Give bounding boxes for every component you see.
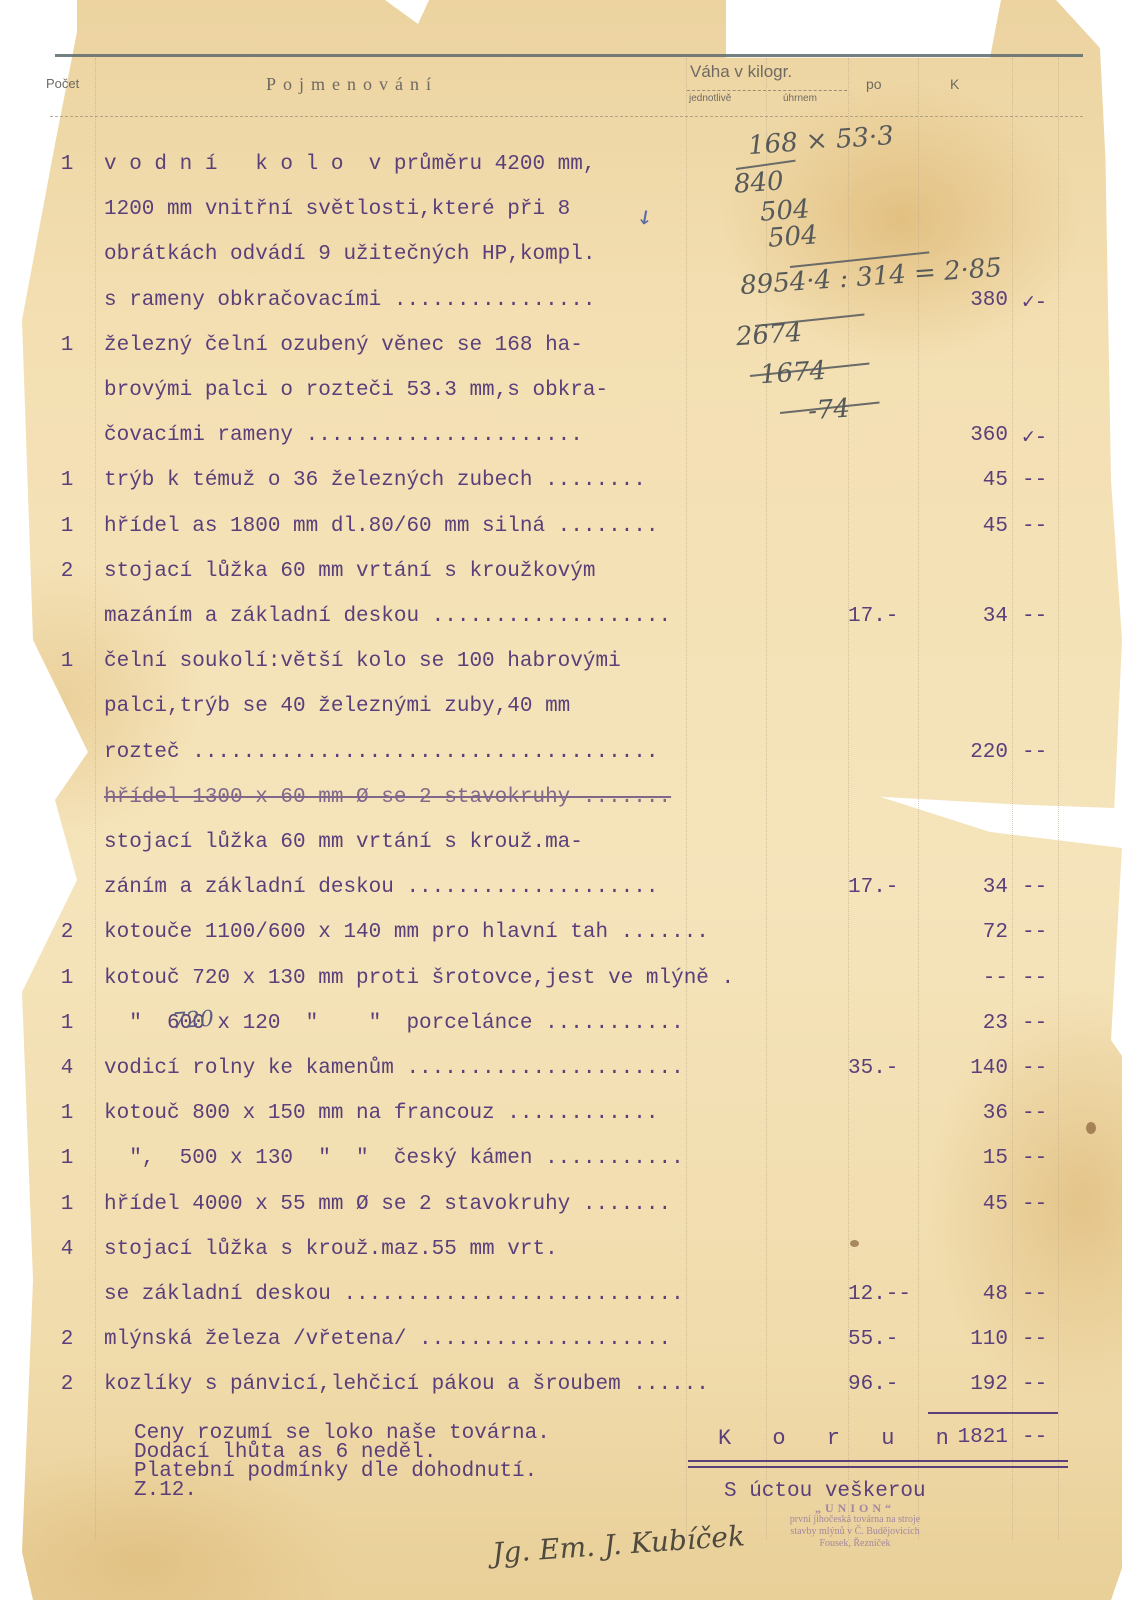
item-qty: 1 — [58, 650, 76, 673]
item-total-weight: 34 — [930, 876, 1008, 899]
stamp-line: Fousek, Řezníček — [770, 1538, 940, 1550]
item-qty: 1 — [58, 1193, 76, 1216]
item-total-weight: 23 — [930, 1012, 1008, 1035]
total-double-rule — [688, 1460, 1068, 1462]
item-qty: 1 — [58, 153, 76, 176]
item-suffix: -- — [1022, 1102, 1052, 1125]
header-weight-total: úhrnem — [783, 93, 817, 104]
item-description: se základní deskou .....................… — [104, 1283, 684, 1306]
item-suffix: -- — [1022, 469, 1052, 492]
item-suffix: -- — [1022, 1057, 1052, 1080]
item-suffix: -- — [1022, 515, 1052, 538]
item-description: hřídel 1300 x 60 mm Ø se 2 stavokruhy ..… — [104, 786, 671, 809]
item-description: brovými palci o rozteči 53.3 mm,s obkra- — [104, 379, 608, 402]
pencil-calc: -74 — [807, 394, 851, 427]
item-total-weight: 220 — [930, 741, 1008, 764]
item-qty: 1 — [58, 515, 76, 538]
subtotal-rule — [928, 1412, 1058, 1414]
total-double-rule — [688, 1466, 1068, 1468]
table-row: čovacími rameny ......................36… — [0, 415, 1145, 460]
table-row: 1v o d n í k o l o v průměru 4200 mm, — [0, 144, 1145, 189]
item-description: kozlíky s pánvicí,lehčicí pákou a šroube… — [104, 1373, 709, 1396]
item-qty: 1 — [58, 1102, 76, 1125]
stamp-line: první jihočeská továrna na stroje — [770, 1514, 940, 1526]
item-description: 1200 mm vnitřní světlosti,které při 8 — [104, 198, 570, 221]
item-description: čovacími rameny ...................... — [104, 424, 583, 447]
item-unit-weight: 17.- — [848, 605, 918, 628]
item-unit-weight: 55.- — [848, 1328, 918, 1351]
item-description: kotouče 1100/600 x 140 mm pro hlavní tah… — [104, 921, 709, 944]
pencil-calc: 840 — [733, 166, 785, 199]
pencil-calc: 504 — [767, 220, 819, 253]
item-description: rozteč .................................… — [104, 741, 659, 764]
item-description: hřídel as 1800 mm dl.80/60 mm silná ....… — [104, 515, 659, 538]
item-description: čelní soukolí:větší kolo se 100 habrovým… — [104, 650, 621, 673]
closing-greeting: S úctou veškerou — [724, 1480, 926, 1503]
item-qty: 1 — [58, 1012, 76, 1035]
table-row: 1kotouč 720 x 130 mm proti šrotovce,jest… — [0, 958, 1145, 1003]
item-description: ", 500 x 130 " " český kámen ........... — [104, 1147, 684, 1170]
pencil-correction: 720 — [171, 1007, 215, 1035]
item-qty: 4 — [58, 1057, 76, 1080]
item-description: trýb k témuž o 36 železných zubech .....… — [104, 469, 646, 492]
item-suffix: ✓- — [1022, 289, 1052, 315]
table-row: záním a základní deskou ................… — [0, 867, 1145, 912]
header-name: Pojmenování — [266, 74, 438, 95]
item-total-weight: 380 — [930, 289, 1008, 312]
item-total-weight: 15 — [930, 1147, 1008, 1170]
item-unit-weight: 12.-- — [848, 1283, 918, 1306]
item-description: kotouč 720 x 130 mm proti šrotovce,jest … — [104, 967, 734, 990]
table-row: 2kozlíky s pánvicí,lehčicí pákou a šroub… — [0, 1364, 1145, 1409]
table-row: rozteč .................................… — [0, 732, 1145, 777]
table-row: 1hřídel 4000 x 55 mm Ø se 2 stavokruhy .… — [0, 1184, 1145, 1229]
item-unit-weight: 96.- — [848, 1373, 918, 1396]
table-row: 1kotouč 800 x 150 mm na francouz .......… — [0, 1093, 1145, 1138]
item-description: mazáním a základní deskou ..............… — [104, 605, 671, 628]
item-qty: 2 — [58, 1373, 76, 1396]
item-total-weight: 192 — [930, 1373, 1008, 1396]
item-total-weight: 45 — [930, 469, 1008, 492]
table-row: brovými palci o rozteči 53.3 mm,s obkra- — [0, 370, 1145, 415]
item-total-weight: 48 — [930, 1283, 1008, 1306]
table-row: 4stojací lůžka s krouž.maz.55 mm vrt. — [0, 1229, 1145, 1274]
item-total-weight: 36 — [930, 1102, 1008, 1125]
item-qty: 2 — [58, 560, 76, 583]
table-row: palci,trýb se 40 železnými zuby,40 mm — [0, 686, 1145, 731]
pencil-calc: 2674 — [735, 318, 803, 353]
table-row: 1čelní soukolí:větší kolo se 100 habrový… — [0, 641, 1145, 686]
table-row: 2stojací lůžka 60 mm vrtání s kroužkovým — [0, 551, 1145, 596]
item-suffix: -- — [1022, 1193, 1052, 1216]
item-suffix: -- — [1022, 1283, 1052, 1306]
item-suffix: -- — [1022, 876, 1052, 899]
terms-block: Ceny rozumí se loko naše továrna.Dodací … — [134, 1424, 550, 1500]
item-suffix: -- — [1022, 605, 1052, 628]
item-total-weight: 45 — [930, 1193, 1008, 1216]
table-row: 2kotouče 1100/600 x 140 mm pro hlavní ta… — [0, 912, 1145, 957]
item-description: stojací lůžka s krouž.maz.55 mm vrt. — [104, 1238, 558, 1261]
header-weight: Váha v kilogr. — [690, 62, 792, 82]
ink-stain — [850, 1240, 859, 1247]
table-row: 1 ", 500 x 130 " " český kámen .........… — [0, 1138, 1145, 1183]
table-row: 1200 mm vnitřní světlosti,které při 8 — [0, 189, 1145, 234]
header-count: Počet — [46, 76, 79, 91]
item-qty: 4 — [58, 1238, 76, 1261]
item-description: palci,trýb se 40 železnými zuby,40 mm — [104, 695, 570, 718]
table-row: se základní deskou .....................… — [0, 1274, 1145, 1319]
header-currency: K — [950, 76, 959, 92]
table-row: 1trýb k témuž o 36 železných zubech ....… — [0, 460, 1145, 505]
item-suffix: ✓- — [1022, 424, 1052, 450]
table-row: stojací lůžka 60 mm vrtání s krouž.ma- — [0, 822, 1145, 867]
total-suffix: -- — [1022, 1426, 1047, 1449]
stamp-title: „UNION“ — [770, 1502, 940, 1514]
top-rule — [55, 54, 1083, 57]
item-qty: 2 — [58, 921, 76, 944]
header-per: po — [866, 76, 882, 92]
pencil-calc: 1674 — [759, 356, 827, 391]
item-suffix: -- — [1022, 921, 1052, 944]
item-description: vodicí rolny ke kamenům ................… — [104, 1057, 684, 1080]
item-description: záním a základní deskou ................… — [104, 876, 659, 899]
item-total-weight: 360 — [930, 424, 1008, 447]
item-description: mlýnská železa /vřetena/ ...............… — [104, 1328, 671, 1351]
item-suffix: -- — [1022, 1012, 1052, 1035]
item-unit-weight: 17.- — [848, 876, 918, 899]
item-suffix: -- — [1022, 1328, 1052, 1351]
item-qty: 1 — [58, 967, 76, 990]
item-total-weight: 110 — [930, 1328, 1008, 1351]
table-row: mazáním a základní deskou ..............… — [0, 596, 1145, 641]
table-row: 4vodicí rolny ke kamenům ...............… — [0, 1048, 1145, 1093]
item-description: v o d n í k o l o v průměru 4200 mm, — [104, 153, 595, 176]
terms-ref: Z.12. — [134, 1481, 550, 1500]
header-weight-sub: jednotlivě úhrnem — [687, 90, 847, 91]
item-qty: 2 — [58, 1328, 76, 1351]
item-total-weight: 34 — [930, 605, 1008, 628]
item-suffix: -- — [1022, 741, 1052, 764]
item-description: hřídel 4000 x 55 mm Ø se 2 stavokruhy ..… — [104, 1193, 671, 1216]
item-unit-weight: 35.- — [848, 1057, 918, 1080]
item-total-weight: 72 — [930, 921, 1008, 944]
item-description: stojací lůžka 60 mm vrtání s krouž.ma- — [104, 831, 583, 854]
company-stamp: „UNION“ první jihočeská továrna na stroj… — [770, 1502, 940, 1550]
item-suffix: -- — [1022, 1147, 1052, 1170]
table-row: s rameny obkračovacími ................3… — [0, 280, 1145, 325]
item-description: železný čelní ozubený věnec se 168 ha- — [104, 334, 583, 357]
item-total-weight: 45 — [930, 515, 1008, 538]
table-row: 2mlýnská železa /vřetena/ ..............… — [0, 1319, 1145, 1364]
item-qty: 1 — [58, 1147, 76, 1170]
item-total-weight: 140 — [930, 1057, 1008, 1080]
ink-stain — [1086, 1122, 1096, 1134]
item-description: obrátkách odvádí 9 užitečných HP,kompl. — [104, 243, 595, 266]
item-suffix: -- — [1022, 967, 1052, 990]
total-label: K o r u n — [718, 1426, 963, 1451]
stamp-line: stavby mlýnů v Č. Budějovicích — [770, 1526, 940, 1538]
item-suffix: -- — [1022, 1373, 1052, 1396]
table-row: 1hřídel as 1800 mm dl.80/60 mm silná ...… — [0, 506, 1145, 551]
item-description: kotouč 800 x 150 mm na francouz ........… — [104, 1102, 659, 1125]
table-row: 1železný čelní ozubený věnec se 168 ha- — [0, 325, 1145, 370]
item-total-weight: -- — [930, 967, 1008, 990]
item-qty: 1 — [58, 469, 76, 492]
header-rule — [50, 116, 1083, 117]
total-value: 1821 — [930, 1426, 1008, 1449]
header-weight-each: jednotlivě — [689, 93, 731, 104]
item-description: stojací lůžka 60 mm vrtání s kroužkovým — [104, 560, 595, 583]
table-row: hřídel 1300 x 60 mm Ø se 2 stavokruhy ..… — [0, 777, 1145, 822]
item-description: s rameny obkračovacími ................ — [104, 289, 595, 312]
item-qty: 1 — [58, 334, 76, 357]
